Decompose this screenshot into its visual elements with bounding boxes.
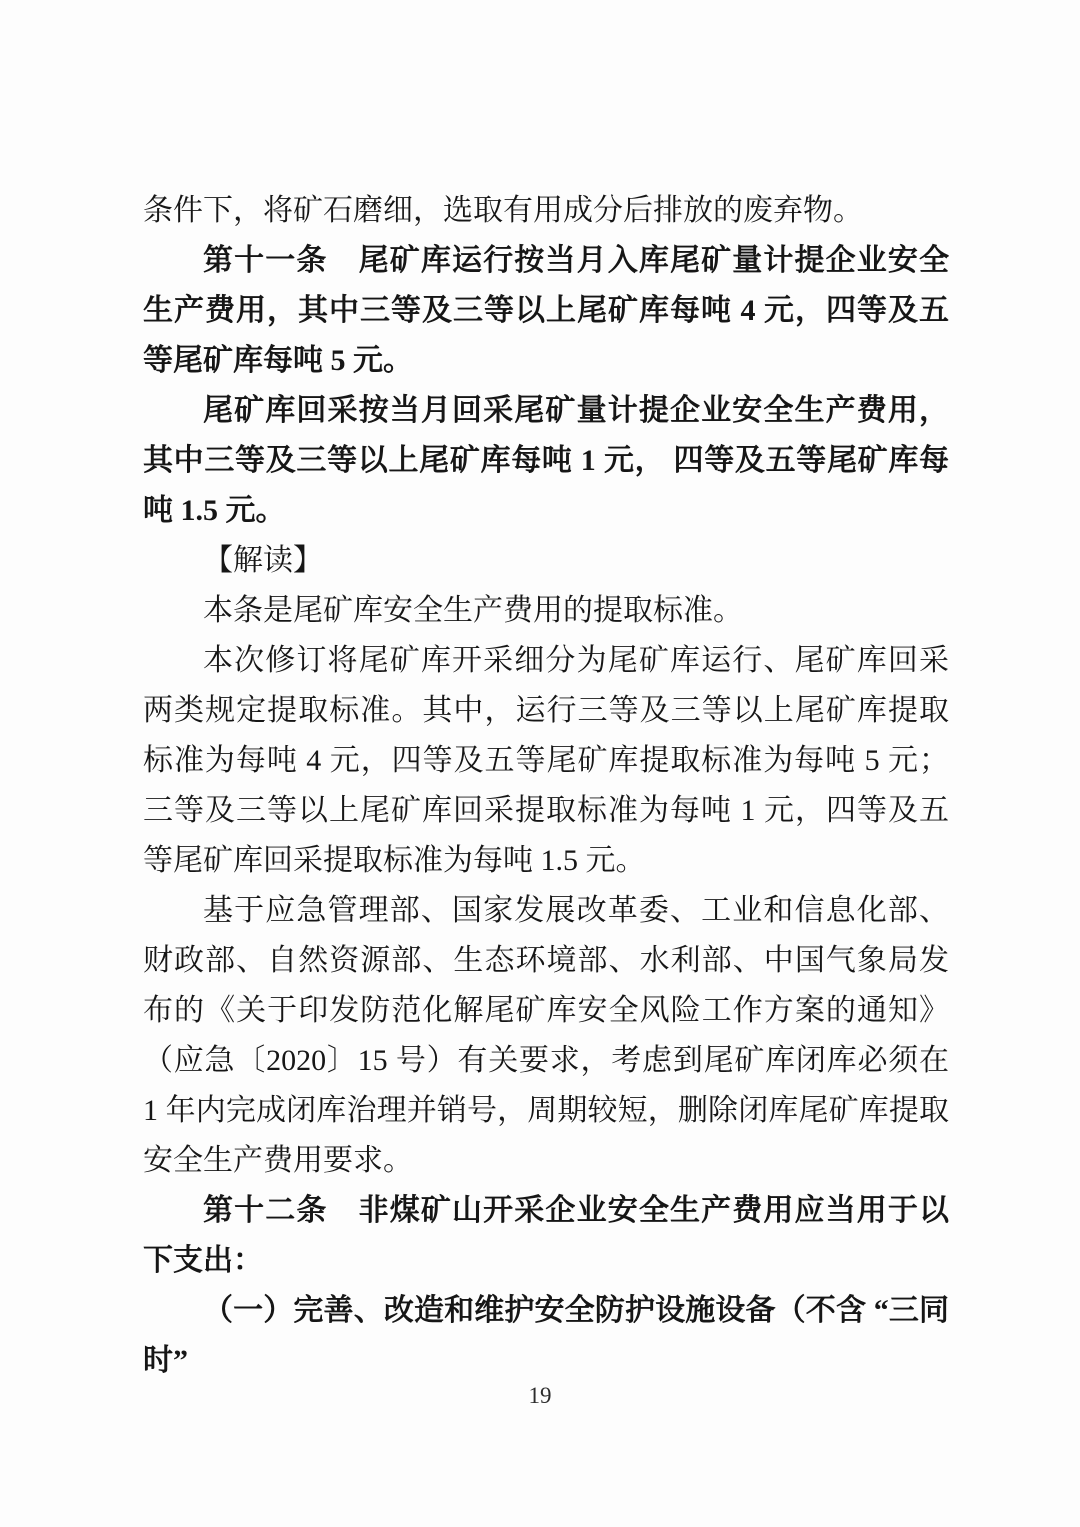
document-page: 条件下，将矿石磨细，选取有用成分后排放的废弃物。 第十一条 尾矿库运行按当月入库… — [0, 0, 1080, 1527]
paragraph-article-11-clause-1: 第十一条 尾矿库运行按当月入库尾矿量计提企业安全生产费用，其中三等及三等以上尾矿… — [143, 236, 949, 386]
paragraph-article-11-clause-2: 尾矿库回采按当月回采尾矿量计提企业安全生产费用，其中三等及三等以上尾矿库每吨 1… — [143, 386, 949, 536]
paragraph-interpretation-label: 【解读】 — [143, 536, 949, 586]
paragraph-article-12-item-1: （一）完善、改造和维护安全防护设施设备（不含 “三同时” — [143, 1286, 949, 1386]
page-number: 19 — [0, 1383, 1080, 1409]
paragraph-interpretation-detail-2: 基于应急管理部、国家发展改革委、工业和信息化部、财政部、自然资源部、生态环境部、… — [143, 886, 949, 1186]
paragraph-continuation: 条件下，将矿石磨细，选取有用成分后排放的废弃物。 — [143, 186, 949, 236]
document-body: 条件下，将矿石磨细，选取有用成分后排放的废弃物。 第十一条 尾矿库运行按当月入库… — [143, 186, 949, 1386]
paragraph-article-12-opening: 第十二条 非煤矿山开采企业安全生产费用应当用于以下支出： — [143, 1186, 949, 1286]
paragraph-interpretation-summary: 本条是尾矿库安全生产费用的提取标准。 — [143, 586, 949, 636]
paragraph-interpretation-detail-1: 本次修订将尾矿库开采细分为尾矿库运行、尾矿库回采两类规定提取标准。其中，运行三等… — [143, 636, 949, 886]
